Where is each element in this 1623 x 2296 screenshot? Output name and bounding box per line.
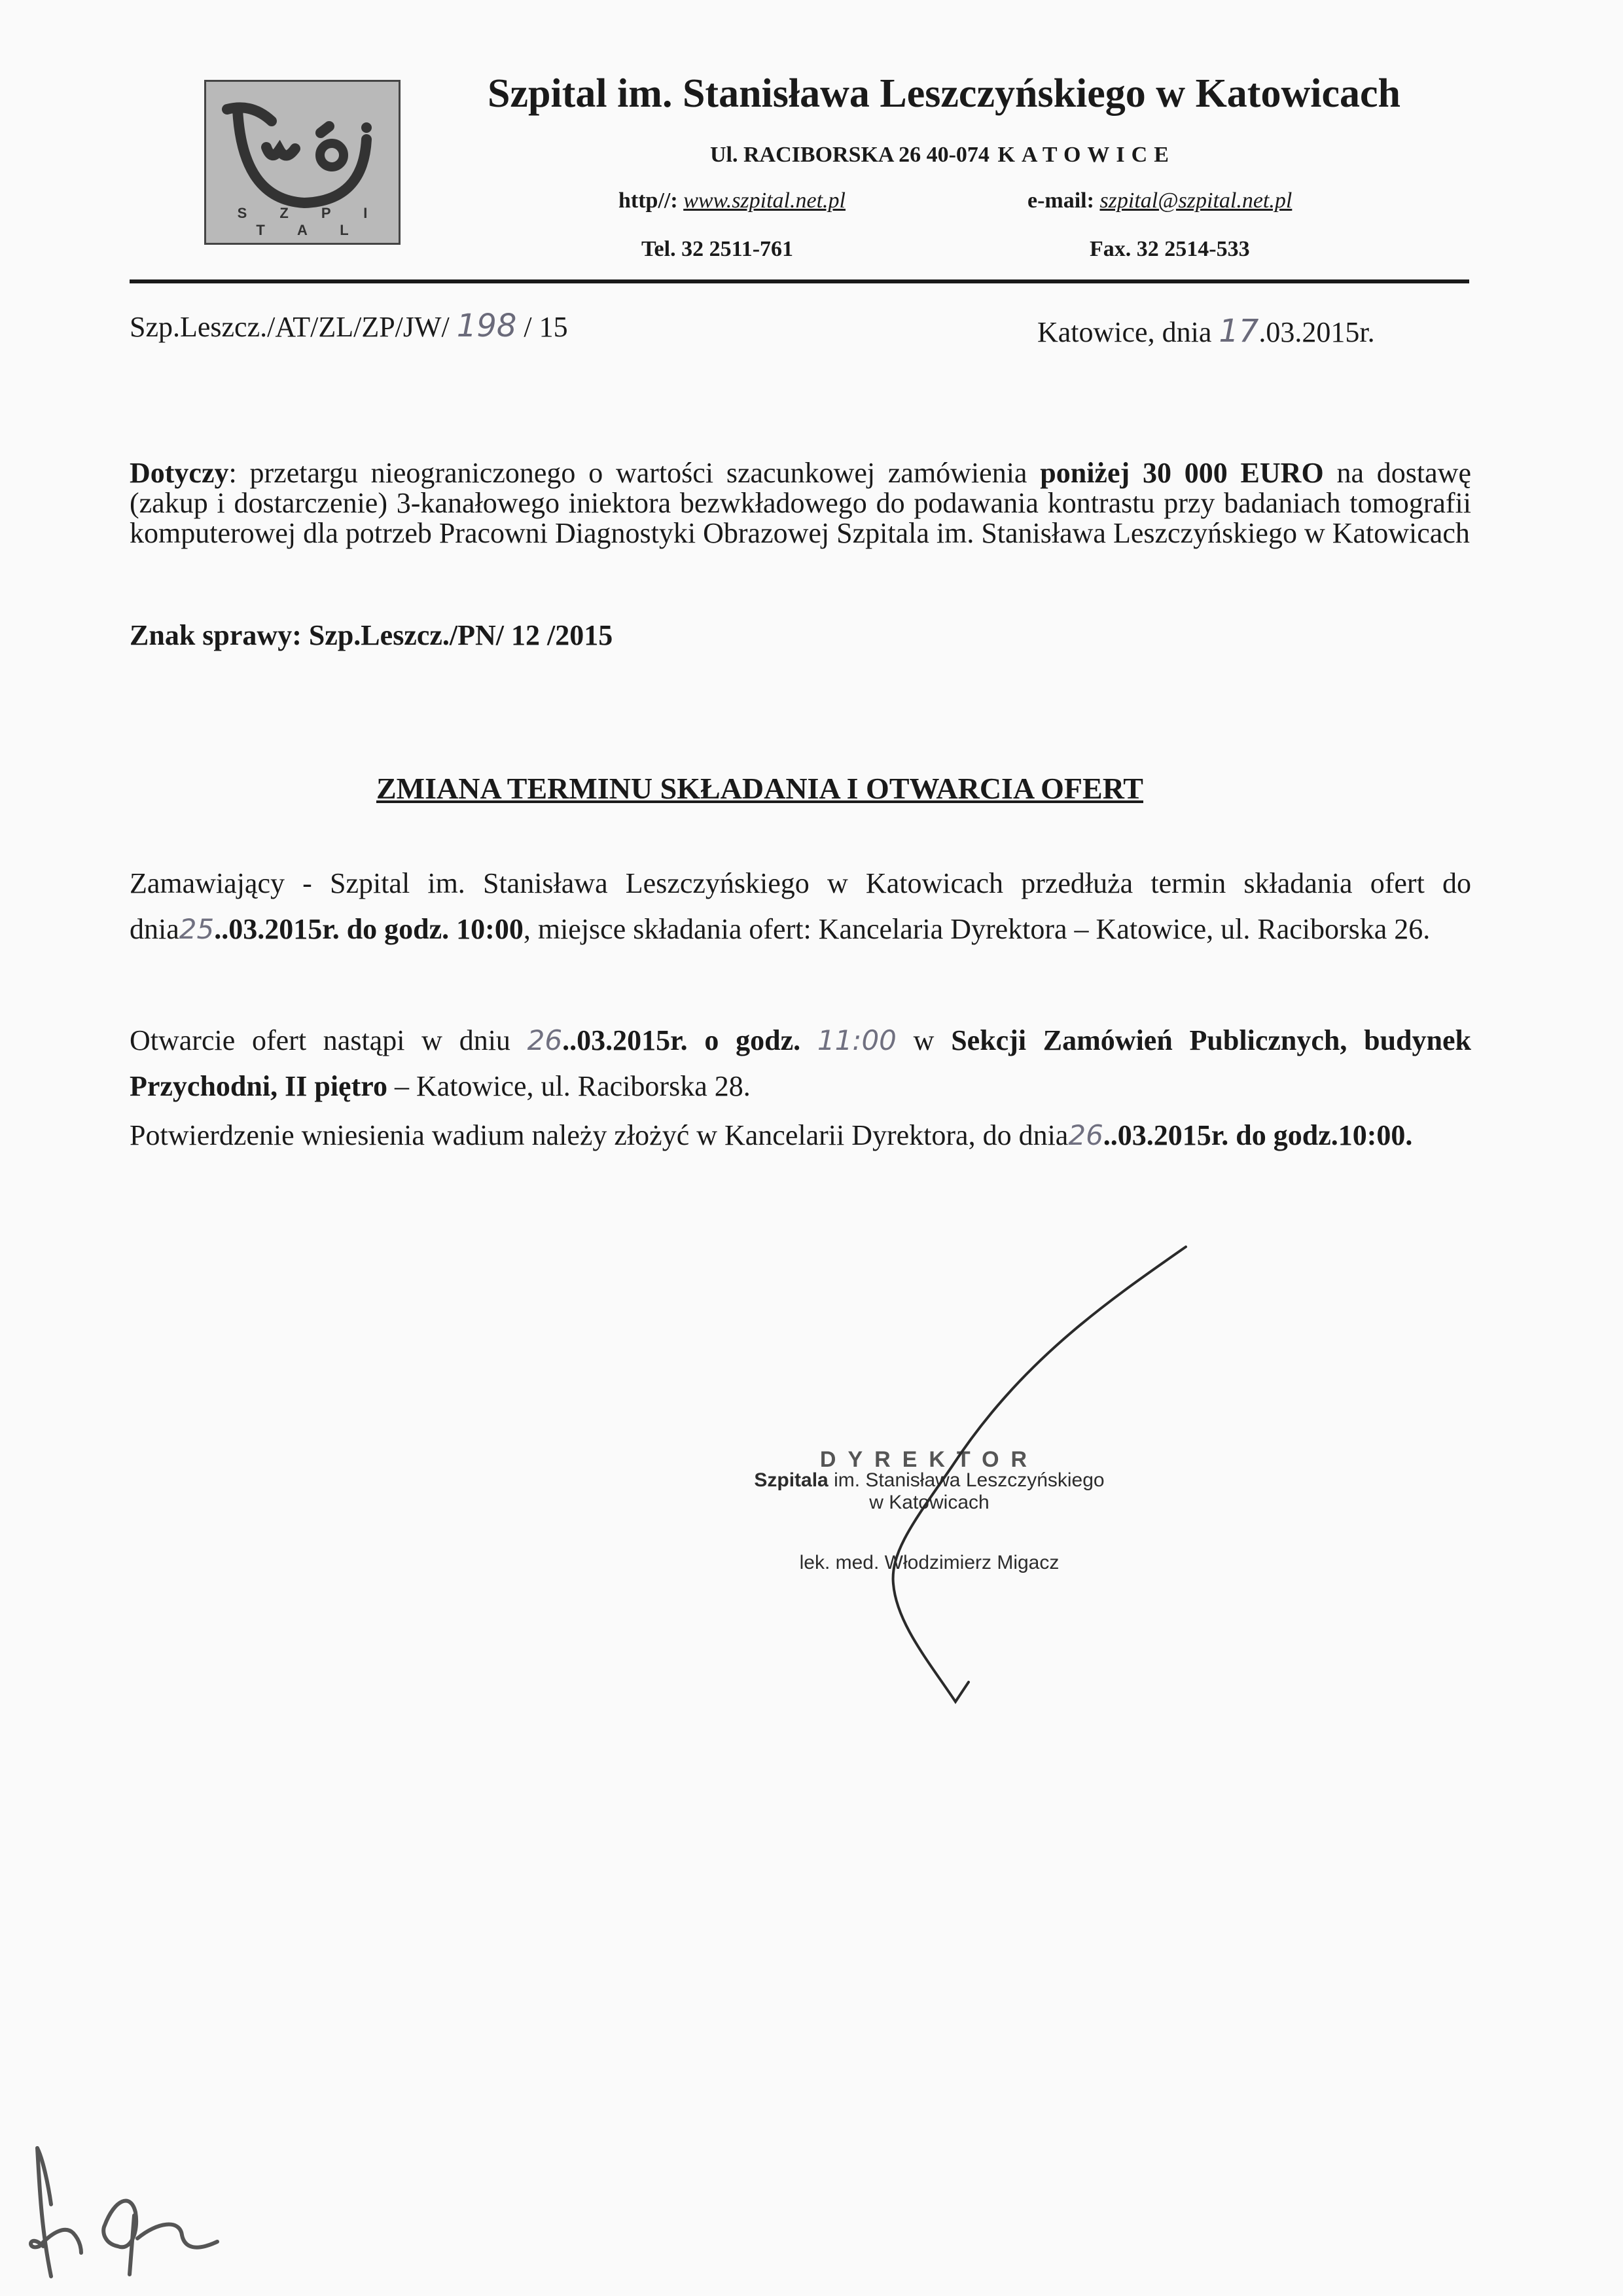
stamp-institution-rest: im. Stanisława Leszczyńskiego [829,1469,1105,1491]
paragraph-deposit: Potwierdzenie wniesienia wadium należy z… [130,1113,1471,1158]
subject-text: : przetargu nieograniczonego o wartości … [229,457,1041,489]
address-street: Ul. RACIBORSKA 26 40-074 [710,143,990,167]
telephone: Tel. 32 2511-761 [641,237,793,262]
p3-day-handwritten: 26 [1068,1119,1103,1151]
hospital-address: Ul. RACIBORSKA 26 40-074 KATOWICE [710,143,1175,168]
hospital-name: Szpital im. Stanisława Leszczyńskiego w … [488,71,1400,117]
date-prefix: Katowice, dnia [1037,316,1219,348]
date-day-handwritten: 17 [1219,313,1258,350]
subject-paragraph: Dotyczy: przetargu nieograniczonego o wa… [130,458,1471,548]
p2-text-2: w [897,1024,951,1056]
reference-number-handwritten: 198 [457,308,517,344]
paragraph-opening: Otwarcie ofert nastąpi w dniu 26..03.201… [130,1018,1471,1109]
fax: Fax. 32 2514-533 [1090,237,1250,262]
reference-suffix: / 15 [516,311,567,343]
website-line: http//: www.szpital.net.pl [618,188,846,213]
p2-address: – Katowice, ul. Raciborska 28. [387,1070,751,1102]
document-reference: Szp.Leszcz./AT/ZL/ZP/JW/ 198 / 15 [130,308,568,344]
stamp-institution: Szpitala im. Stanisława Leszczyńskiego [746,1469,1113,1492]
date-suffix: .03.2015r. [1258,316,1374,348]
p2-time-handwritten: 11:00 [817,1024,897,1056]
notice-heading: ZMIANA TERMINU SKŁADANIA I OTWARCIA OFER… [376,771,1143,806]
subject-label: Dotyczy [130,457,229,489]
stamp-director-name: lek. med. Włodzimierz Migacz [746,1552,1113,1574]
stamp-title: DYREKTOR [746,1450,1113,1469]
email-line: e-mail: szpital@szpital.net.pl [1027,188,1292,213]
email-label: e-mail: [1027,188,1094,213]
paragraph-deadline-extension: Zamawiający - Szpital im. Stanisława Les… [130,861,1471,952]
p3-deadline: ..03.2015r. do godz.10:00. [1103,1119,1413,1151]
stamp-institution-bold: Szpitala [754,1469,828,1491]
subject-value: poniżej 30 000 EURO [1040,457,1323,489]
hospital-logo: S Z P I T A L [204,80,401,245]
p1-deadline: ..03.2015r. do godz. 10:00 [214,913,524,945]
header-divider [130,279,1469,283]
address-city: KATOWICE [997,143,1175,167]
p2-date: ..03.2015r. o godz. [562,1024,817,1056]
website-link[interactable]: www.szpital.net.pl [683,188,846,213]
document-date: Katowice, dnia 17.03.2015r. [1037,313,1375,350]
email-link[interactable]: szpital@szpital.net.pl [1099,188,1292,213]
reference-prefix: Szp.Leszcz./AT/ZL/ZP/JW/ [130,311,457,343]
p3-text: Potwierdzenie wniesienia wadium należy z… [130,1119,1068,1151]
p1-day-handwritten: 25 [179,913,214,945]
case-number: Znak sprawy: Szp.Leszcz./PN/ 12 /2015 [130,619,613,652]
p2-text: Otwarcie ofert nastąpi w dniu [130,1024,527,1056]
p2-day-handwritten: 26 [527,1024,562,1056]
website-label: http//: [618,188,678,213]
logo-text: S Z P I T A L [206,205,399,239]
stamp-city: w Katowicach [746,1492,1113,1514]
p1-location: , miejsce składania ofert: Kancelaria Dy… [524,913,1430,945]
director-stamp: DYREKTOR Szpitala im. Stanisława Leszczy… [746,1450,1113,1574]
